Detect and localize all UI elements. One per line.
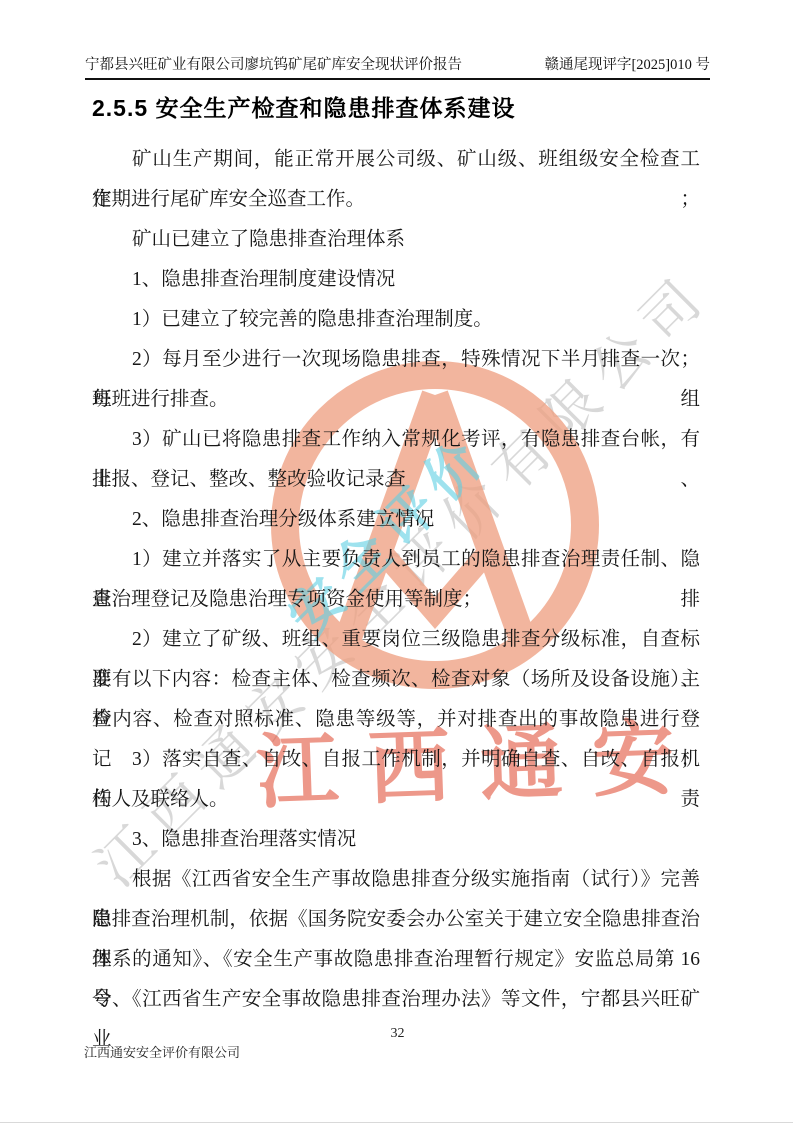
body-line: 2、隐患排查治理分级体系建立情况 [92, 500, 700, 540]
body-line: 2）每月至少进行一次现场隐患排查，特殊情况下半月排查一次；班组 [92, 340, 700, 380]
page-number: 32 [85, 1026, 710, 1042]
body-line: 根据《江西省安全生产事故隐患排查分级实施指南（试行）》完善隐 [92, 860, 700, 900]
body-line: 1）已建立了较完善的隐患排查治理制度。 [92, 300, 700, 340]
body-line: 令、《江西省生产安全事故隐患排查治理办法》等文件，宁都县兴旺矿业 [92, 980, 700, 1020]
body-line: 3）矿山已将隐患排查工作纳入常规化考评，有隐患排查台帐，有排查、 [92, 420, 700, 460]
body-line: 患排查治理机制，依据《国务院安委会办公室关于建立安全隐患排查治理 [92, 900, 700, 940]
body-line: 查内容、检查对照标准、隐患等级等，并对排查出的事故隐患进行登记； [92, 700, 700, 740]
page-header: 宁都县兴旺矿业有限公司廖坑钨矿尾矿库安全现状评价报告 赣通尾现评字[2025]0… [85, 50, 710, 80]
body-line: 矿山已建立了隐患排查治理体系 [92, 220, 700, 260]
body-line: 要有以下内容：检查主体、检查频次、检查对象（场所及设备设施）、检 [92, 660, 700, 700]
body-line: 矿山生产期间，能正常开展公司级、矿山级、班组级安全检查工作； [92, 140, 700, 180]
header-document-number: 赣通尾现评字[2025]010 号 [544, 53, 710, 74]
body-line: 1）建立并落实了从主要负责人到员工的隐患排查治理责任制、隐患排 [92, 540, 700, 580]
document-page: 江西通安安全评价有限公司 安全评价 江西通安 宁都县兴旺矿业有限公司廖坑钨矿尾矿… [0, 0, 793, 1123]
body-line: 3）落实自查、自改、自报工作机制，并明确自查、自改、自报机构责 [92, 740, 700, 780]
body-line: 体系的通知》、《安全生产事故隐患排查治理暂行规定》安监总局第 16 号 [92, 940, 700, 980]
section-title: 2.5.5 安全生产检查和隐患排查体系建设 [92, 90, 708, 123]
body-text: 矿山生产期间，能正常开展公司级、矿山级、班组级安全检查工作； 定期进行尾矿库安全… [92, 140, 700, 1020]
header-report-title: 宁都县兴旺矿业有限公司廖坑钨矿尾矿库安全现状评价报告 [85, 53, 462, 74]
body-line: 2）建立了矿级、班组、重要岗位三级隐患排查分级标准，自查标准主 [92, 620, 700, 660]
footer-company-name: 江西通安安全评价有限公司 [84, 1042, 240, 1061]
body-line: 1、隐患排查治理制度建设情况 [92, 260, 700, 300]
body-line: 3、隐患排查治理落实情况 [92, 820, 700, 860]
